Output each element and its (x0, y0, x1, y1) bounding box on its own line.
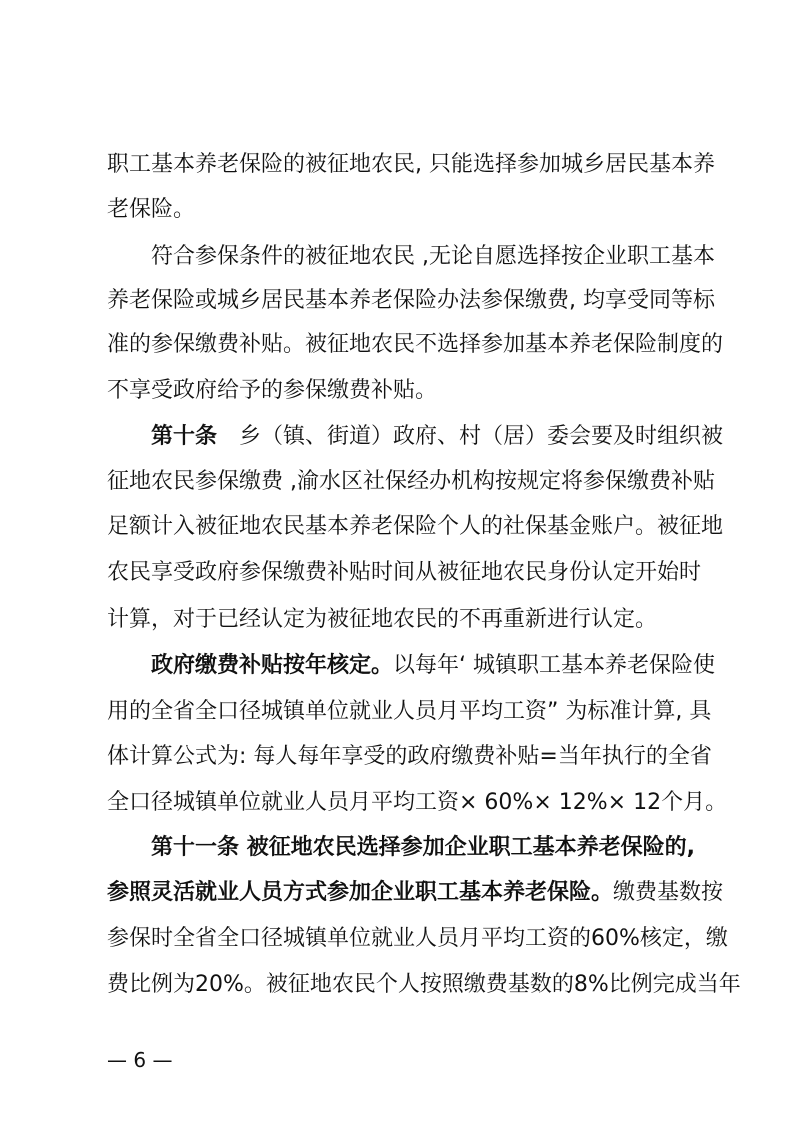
text-line: 参保时全省全口径城镇单位就业人员月平均工资的60%核定，缴 (107, 924, 693, 954)
article-title: 第十一条 被征地农民选择参加企业职工基本养老保险的, (151, 835, 695, 860)
text-segment: 全口径城镇单位就业人员月平均工资× 60%× 12%× 12个月。 (107, 790, 727, 815)
text-segment: 以每年‘ 城镇职工基本养老保险使 (393, 653, 715, 678)
formula-line: 全口径城镇单位就业人员月平均工资× 60%× 12%× 12个月。 (107, 788, 693, 818)
article-11-heading-line: 第十一条 被征地农民选择参加企业职工基本养老保险的, (151, 833, 693, 863)
text-segment: 用的全省全口径城镇单位就业人员月平均工资” 为标准计算, 具 (107, 699, 711, 724)
text-line: 养老保险或城乡居民基本养老保险办法参保缴费, 均享受同等标 (107, 286, 693, 316)
text-segment: 乡（镇、街道）政府、村（居）委会要及时组织被 (217, 424, 723, 449)
bold-lead: 政府缴费补贴按年核定。 (151, 653, 393, 678)
text-line: 不享受政府给予的参保缴费补贴。 (107, 376, 693, 406)
text-line: 职工基本养老保险的被征地农民, 只能选择参加城乡居民基本养 (107, 150, 693, 180)
article-title: 第十条 (151, 424, 217, 449)
paragraph-start-line: 符合参保条件的被征地农民 ,无论自愿选择按企业职工基本 (151, 242, 693, 272)
text-segment: 参保时全省全口径城镇单位就业人员月平均工资的60%核定，缴 (107, 926, 728, 951)
text-line: 足额计入被征地农民基本养老保险个人的社保基金账户。被征地 (107, 512, 693, 542)
text-segment: 征地农民参保缴费 ,渝水区社保经办机构按规定将参保缴费补贴 (107, 469, 715, 494)
text-segment: 准的参保缴费补贴。被征地农民不选择参加基本养老保险制度的 (107, 332, 723, 357)
bold-lead: 参照灵活就业人员方式参加企业职工基本养老保险。 (107, 880, 613, 905)
text-segment: 职工基本养老保险的被征地农民, 只能选择参加城乡居民基本养 (107, 152, 715, 177)
document-page: 职工基本养老保险的被征地农民, 只能选择参加城乡居民基本养 老保险。 符合参保条… (0, 0, 793, 1122)
text-line: 计算，对于已经认定为被征地农民的不再重新进行认定。 (107, 605, 693, 635)
text-segment: 养老保险或城乡居民基本养老保险办法参保缴费, 均享受同等标 (107, 288, 715, 313)
text-segment: 计算，对于已经认定为被征地农民的不再重新进行认定。 (107, 607, 657, 632)
text-segment: 农民享受政府参保缴费补贴时间从被征地农民身份认定开始时 (107, 560, 701, 585)
text-segment: 费比例为20%。被征地农民个人按照缴费基数的8%比例完成当年 (107, 972, 741, 997)
text-line: 用的全省全口径城镇单位就业人员月平均工资” 为标准计算, 具 (107, 697, 693, 727)
article-10-heading-line: 第十条 乡（镇、街道）政府、村（居）委会要及时组织被 (151, 422, 693, 452)
text-line: 农民享受政府参保缴费补贴时间从被征地农民身份认定开始时 (107, 558, 693, 588)
text-segment: 老保险。 (107, 197, 195, 222)
text-line: 费比例为20%。被征地农民个人按照缴费基数的8%比例完成当年 (107, 970, 693, 1000)
text-segment: 不享受政府给予的参保缴费补贴。 (107, 378, 437, 403)
text-line: 体计算公式为: 每人每年享受的政府缴费补贴=当年执行的全省 (107, 742, 693, 772)
text-line: 参照灵活就业人员方式参加企业职工基本养老保险。缴费基数按 (107, 878, 693, 908)
text-segment: 符合参保条件的被征地农民 ,无论自愿选择按企业职工基本 (151, 244, 715, 269)
text-line: 征地农民参保缴费 ,渝水区社保经办机构按规定将参保缴费补贴 (107, 467, 693, 497)
page-number: — 6 — (107, 1047, 172, 1073)
subsidy-heading-line: 政府缴费补贴按年核定。以每年‘ 城镇职工基本养老保险使 (151, 651, 693, 681)
text-segment: 缴费基数按 (613, 880, 723, 905)
text-segment: 体计算公式为: 每人每年享受的政府缴费补贴=当年执行的全省 (107, 744, 712, 769)
text-line: 老保险。 (107, 195, 693, 225)
text-line: 准的参保缴费补贴。被征地农民不选择参加基本养老保险制度的 (107, 330, 693, 360)
text-segment: 足额计入被征地农民基本养老保险个人的社保基金账户。被征地 (107, 514, 723, 539)
